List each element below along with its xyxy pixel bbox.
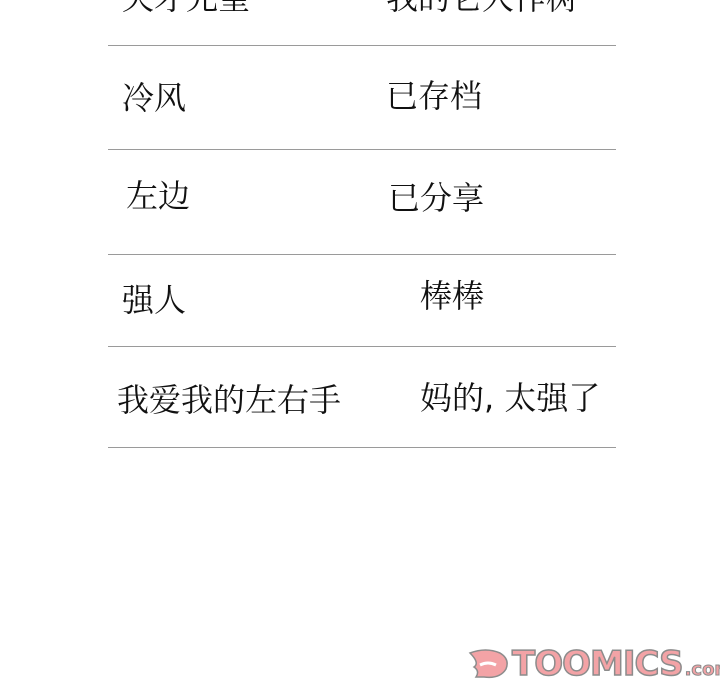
toomics-watermark: TOOMICS .com <box>466 644 720 684</box>
row-2-left: 左边 <box>126 176 190 216</box>
row-3-right: 棒棒 <box>420 276 484 316</box>
row-4-right: 妈的, 太强了 <box>420 378 600 418</box>
row-1-right: 已存档 <box>386 76 482 116</box>
divider <box>108 149 616 150</box>
row-1-left: 冷风 <box>122 78 186 118</box>
row-0-right: 我的它人作树 <box>386 0 578 18</box>
watermark-suffix: .com <box>685 659 720 680</box>
divider <box>108 447 616 448</box>
toomics-logo-icon <box>466 647 512 681</box>
divider <box>108 45 616 46</box>
watermark-brand: TOOMICS <box>512 644 683 684</box>
row-3-left: 强人 <box>122 280 186 320</box>
row-4-left: 我爱我的左右手 <box>117 380 341 420</box>
divider <box>108 346 616 347</box>
row-2-right: 已分享 <box>388 178 484 218</box>
row-0-left: 天才光皇 <box>122 0 250 18</box>
divider <box>108 254 616 255</box>
